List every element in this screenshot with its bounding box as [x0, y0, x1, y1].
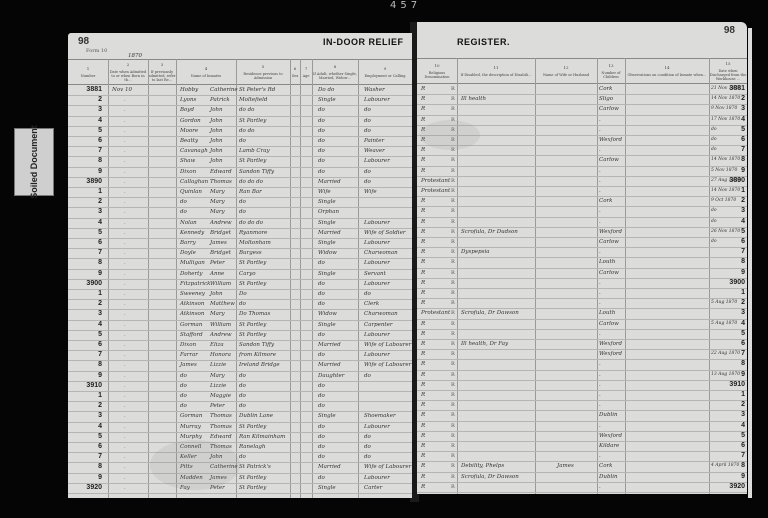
row-number: 3881 — [74, 86, 102, 93]
row-rule — [68, 258, 412, 259]
residence: Burgess — [239, 250, 262, 256]
column-header: 10Religious Denomination — [417, 59, 457, 83]
religion: R — [421, 453, 425, 459]
ditto-mark: R — [451, 484, 455, 490]
parish-observation: Cork — [599, 463, 612, 469]
residence: Ireland Bridge — [239, 362, 280, 368]
inmate-surname: Sweeney — [180, 291, 205, 297]
row-rule — [417, 461, 747, 462]
inmate-surname: do — [180, 403, 187, 409]
employment: Labourer — [364, 352, 390, 358]
row-rule — [68, 483, 412, 484]
ditto-mark: . — [124, 342, 126, 348]
ditto-mark: R — [451, 239, 455, 245]
row-number: 9 — [74, 270, 102, 277]
row-rule — [68, 269, 412, 270]
parish-observation: Wexford — [599, 341, 622, 347]
residence: Moltonham — [239, 240, 271, 246]
row-number: 3910 — [74, 382, 102, 389]
inmate-given-name: Catherine — [210, 87, 238, 93]
ditto-mark: R — [451, 321, 455, 327]
inmate-surname: do — [180, 209, 187, 215]
religion: R — [421, 198, 425, 204]
ditto-mark: . — [124, 148, 126, 154]
residence: do — [239, 199, 246, 205]
column-header: 6Sex — [290, 60, 300, 84]
ditto-mark: R — [451, 280, 455, 286]
employment: Labourer — [364, 158, 390, 164]
ditto-mark: . — [124, 383, 126, 389]
row-rule — [417, 400, 747, 401]
residence: Dublin Lane — [239, 413, 273, 419]
parish-observation: Louth — [599, 259, 615, 265]
religion: R — [421, 392, 425, 398]
ditto-mark: R — [451, 361, 455, 367]
ditto-mark: . — [124, 250, 126, 256]
marital-status: do — [318, 148, 325, 154]
employment: Labourer — [364, 281, 390, 287]
ditto-mark: . — [124, 311, 126, 317]
marital-status: do — [318, 107, 325, 113]
row-number: 6 — [717, 136, 745, 143]
ditto-mark: R — [451, 96, 455, 102]
ditto-mark: R — [451, 433, 455, 439]
row-rule — [68, 401, 412, 402]
residence: do do do — [239, 220, 263, 226]
ditto-mark: . — [124, 169, 126, 175]
parish-observation: . — [599, 382, 601, 388]
row-number: 4 — [717, 116, 745, 123]
marital-status: Single — [318, 97, 336, 103]
religion: R — [421, 229, 425, 235]
parish-observation: . — [599, 208, 601, 214]
parish-observation: . — [599, 147, 601, 153]
residence: St Partley — [239, 485, 266, 491]
column-header: 15Date when Discharged from the Workhous… — [709, 59, 747, 83]
residence: Do Thomas — [239, 311, 270, 317]
parish-observation: Dublin — [599, 474, 618, 480]
employment: do — [364, 434, 371, 440]
marital-status: do — [318, 138, 325, 144]
row-number: 9 — [717, 473, 745, 480]
row-number: 7 — [74, 249, 102, 256]
residence: Moltefield — [239, 97, 267, 103]
column-label: If Disabled, the description of Disabili… — [461, 73, 532, 77]
residence: do — [239, 403, 246, 409]
row-number: 8 — [74, 157, 102, 164]
marital-status: Single — [318, 322, 336, 328]
inmate-given-name: John — [210, 107, 223, 113]
residence: do do do — [239, 179, 263, 185]
column-number: 4 — [205, 67, 208, 71]
parish-observation: . — [599, 423, 601, 429]
ditto-mark: R — [451, 474, 455, 480]
inmate-given-name: Mary — [210, 199, 225, 205]
page-edge — [748, 28, 752, 498]
row-number: 7 — [74, 453, 102, 460]
column-header: 3If previously admitted, refer to last R… — [148, 60, 176, 84]
marital-status: do — [318, 475, 325, 481]
religion: R — [421, 290, 425, 296]
residence: St Partley — [239, 158, 266, 164]
row-number: 9 — [74, 168, 102, 175]
residence: St Partley — [239, 475, 266, 481]
parish-observation: Kildare — [599, 443, 619, 449]
ditto-mark: . — [124, 260, 126, 266]
marital-status: Widow — [318, 311, 337, 317]
ditto-mark: R — [451, 351, 455, 357]
row-number: 4 — [74, 423, 102, 430]
residence: from Kilmore — [239, 352, 276, 358]
column-label: Age — [303, 74, 310, 78]
parish-observation: Carlow — [599, 321, 619, 327]
inmate-surname: Murphy — [180, 434, 202, 440]
residence: do — [239, 138, 246, 144]
parish-observation: Wexford — [599, 137, 622, 143]
column-label: Date when Admitted to or when Born in th… — [108, 70, 148, 82]
ditto-mark: . — [124, 413, 126, 419]
parish-observation: . — [599, 392, 601, 398]
row-rule — [68, 462, 412, 463]
column-header-row: 1Number2Date when Admitted to or when Bo… — [68, 59, 412, 85]
column-label: Residence previous to Admission — [236, 72, 290, 80]
row-number: 3 — [74, 412, 102, 419]
row-number: 8 — [74, 361, 102, 368]
column-number: 7 — [305, 67, 308, 71]
employment: Wife — [364, 189, 377, 195]
ditto-mark: . — [124, 424, 126, 430]
ditto-mark: R — [451, 443, 455, 449]
ditto-mark: . — [124, 179, 126, 185]
row-number: 3890 — [717, 177, 745, 184]
disability: Scrofula, Dr Dawson — [461, 474, 519, 480]
row-rule — [417, 370, 747, 371]
inmate-given-name: Mary — [210, 373, 225, 379]
row-rule — [68, 350, 412, 351]
ditto-mark: R — [451, 290, 455, 296]
film-frame-mark: 457 — [390, 0, 421, 11]
ditto-mark: R — [451, 331, 455, 337]
row-number: 3 — [74, 208, 102, 215]
residence: do — [239, 454, 246, 460]
ditto-mark: R — [451, 188, 455, 194]
residence: Ranelagh — [239, 444, 265, 450]
row-number: 3 — [74, 310, 102, 317]
row-rule — [68, 218, 412, 219]
disability: Ill health, Dr Fay — [461, 341, 508, 347]
row-number: 5 — [74, 127, 102, 134]
row-rule — [417, 329, 747, 330]
ditto-mark: . — [124, 322, 126, 328]
column-header: 11If Disabled, the description of Disabi… — [457, 59, 535, 83]
marital-status: do — [318, 301, 325, 307]
residence: do do — [239, 107, 254, 113]
religion: R — [421, 361, 425, 367]
column-number: 3 — [161, 63, 164, 67]
row-number: 9 — [74, 474, 102, 481]
ditto-mark: R — [451, 463, 455, 469]
row-number: 4 — [74, 219, 102, 226]
row-number: 6 — [717, 442, 745, 449]
residence: Sandon Tiffy — [239, 169, 274, 175]
religion: R — [421, 331, 425, 337]
residence: Ran Bar — [239, 189, 262, 195]
row-rule — [68, 411, 412, 412]
row-number: 2 — [74, 402, 102, 409]
page-number: 98 — [78, 36, 89, 47]
parish-observation: Carlow — [599, 239, 619, 245]
residence: St Patrick's — [239, 464, 271, 470]
column-number: 15 — [725, 62, 730, 66]
row-number: 7 — [74, 351, 102, 358]
residence: St Partley — [239, 424, 266, 430]
parish-observation: . — [599, 372, 601, 378]
row-number: 6 — [74, 443, 102, 450]
religion: R — [421, 351, 425, 357]
inmate-given-name: Eliza — [210, 342, 224, 348]
row-number: 2 — [717, 299, 745, 306]
column-label: Number — [81, 74, 96, 78]
marital-status: do — [318, 352, 325, 358]
row-rule — [417, 390, 747, 391]
column-header: 7Age — [300, 60, 312, 84]
inmate-surname: Gorman — [180, 322, 202, 328]
row-number: 3 — [717, 411, 745, 418]
row-number: 8 — [74, 259, 102, 266]
row-number: 7 — [717, 248, 745, 255]
parish-observation: . — [599, 300, 601, 306]
parish-observation: . — [599, 331, 601, 337]
row-number: 3 — [717, 105, 745, 112]
row-number: 7 — [717, 146, 745, 153]
inmate-given-name: John — [210, 148, 223, 154]
parish-observation: . — [599, 290, 601, 296]
employment: Wife of Labourer — [364, 464, 411, 470]
ditto-mark: . — [124, 199, 126, 205]
ditto-mark: R — [451, 310, 455, 316]
religion: R — [421, 280, 425, 286]
religion: R — [421, 157, 425, 163]
residence: do — [239, 301, 246, 307]
ditto-mark: . — [124, 118, 126, 124]
column-header-row: 10Religious Denomination11If Disabled, t… — [417, 58, 747, 84]
religion: R — [421, 106, 425, 112]
discharge-date: do — [711, 147, 717, 152]
ditto-mark: . — [124, 475, 126, 481]
residence: St Peter's Rd — [239, 87, 275, 93]
marital-status: do — [318, 169, 325, 175]
discharge-date: do — [711, 219, 717, 224]
religion: R — [421, 443, 425, 449]
column-header: 5Residence previous to Admission — [236, 60, 290, 84]
religion: R — [421, 147, 425, 153]
row-rule — [417, 206, 747, 207]
marital-status: do — [318, 281, 325, 287]
row-rule — [68, 228, 412, 229]
inmate-given-name: John — [210, 118, 223, 124]
row-rule — [417, 482, 747, 483]
ditto-mark: R — [451, 178, 455, 184]
column-label: If previously admitted, refer to last Re… — [148, 70, 176, 82]
row-number: 3900 — [74, 280, 102, 287]
ditto-mark: . — [124, 485, 126, 491]
column-label: Name of Wife or Husband — [543, 73, 589, 77]
column-label: Employment or Calling — [365, 74, 406, 78]
row-rule — [417, 339, 747, 340]
residence: do do — [239, 128, 254, 134]
row-number: 1 — [717, 391, 745, 398]
ditto-mark: R — [451, 106, 455, 112]
discharge-date: do — [711, 137, 717, 142]
religion: R — [421, 259, 425, 265]
row-rule — [417, 308, 747, 309]
marital-status: Orphan — [318, 209, 339, 215]
inmate-given-name: John — [210, 128, 223, 134]
inmate-given-name: James — [210, 240, 227, 246]
inmate-surname: Atkinson — [180, 311, 204, 317]
column-label: Number of Children — [597, 71, 625, 79]
parish-observation: . — [599, 178, 601, 184]
inmate-surname: Quinlan — [180, 189, 202, 195]
row-number: 1 — [74, 392, 102, 399]
religion: R — [421, 168, 425, 174]
column-divider — [597, 58, 598, 494]
column-number: 11 — [493, 66, 498, 70]
employment: Servant — [364, 271, 386, 277]
row-rule — [68, 473, 412, 474]
inmate-surname: do — [180, 373, 187, 379]
disability: Dyspepsia — [461, 249, 490, 255]
row-rule — [417, 217, 747, 218]
row-number: 6 — [74, 341, 102, 348]
row-number: 5 — [74, 229, 102, 236]
inmate-surname: Callaghan — [180, 179, 208, 185]
row-rule — [417, 288, 747, 289]
row-number: 2 — [717, 95, 745, 102]
row-rule — [417, 431, 747, 432]
religion: R — [421, 219, 425, 225]
ditto-mark: . — [124, 434, 126, 440]
inmate-given-name: Mary — [210, 311, 225, 317]
employment: do — [364, 454, 371, 460]
inmate-given-name: Peter — [210, 260, 225, 266]
parish-observation: . — [599, 453, 601, 459]
inmate-given-name: Bridget — [210, 230, 231, 236]
row-number: 4 — [717, 320, 745, 327]
ditto-mark: R — [451, 392, 455, 398]
marital-status: Daughter — [318, 373, 344, 379]
row-rule — [417, 359, 747, 360]
row-rule — [417, 115, 747, 116]
column-number: 14 — [664, 66, 669, 70]
ditto-mark: R — [451, 270, 455, 276]
religion: R — [421, 249, 425, 255]
column-label: Religious Denomination — [417, 71, 457, 79]
row-number: 7 — [717, 452, 745, 459]
employment: do — [364, 118, 371, 124]
ditto-mark: R — [451, 86, 455, 92]
marital-status: Married — [318, 342, 341, 348]
inmate-surname: do — [180, 199, 187, 205]
row-number: 4 — [717, 422, 745, 429]
row-rule — [68, 126, 412, 127]
residence: Ran Kilmainham — [239, 434, 285, 440]
row-number: 5 — [717, 330, 745, 337]
marital-status: do — [318, 158, 325, 164]
row-rule — [417, 421, 747, 422]
religion: R — [421, 382, 425, 388]
row-number: 6 — [74, 137, 102, 144]
residence: St Partley — [239, 260, 266, 266]
column-divider — [535, 58, 536, 494]
column-header: 1Number — [68, 60, 108, 84]
inmate-given-name: Lizzie — [210, 383, 226, 389]
row-number: 9 — [717, 167, 745, 174]
employment: Painter — [364, 138, 384, 144]
column-header: 13Number of Children — [597, 59, 625, 83]
inmate-given-name: Lizzie — [210, 362, 226, 368]
row-rule — [417, 227, 747, 228]
inmate-given-name: William — [210, 281, 231, 287]
row-rule — [417, 166, 747, 167]
row-rule — [68, 381, 412, 382]
row-rule — [68, 136, 412, 137]
row-rule — [68, 207, 412, 208]
inmate-surname: Mulligan — [180, 260, 205, 266]
row-number: 1 — [717, 289, 745, 296]
row-rule — [68, 391, 412, 392]
ditto-mark: . — [124, 403, 126, 409]
inmate-given-name: John — [210, 291, 223, 297]
row-rule — [68, 442, 412, 443]
employment: do — [364, 373, 371, 379]
religion: Protestant — [421, 178, 450, 184]
ditto-mark: R — [451, 412, 455, 418]
residence: Do — [239, 291, 247, 297]
row-rule — [68, 432, 412, 433]
column-divider — [709, 58, 710, 494]
column-header: 9Employment or Calling — [358, 60, 412, 84]
parish-observation: Dublin — [599, 412, 618, 418]
row-rule — [68, 146, 412, 147]
marital-status: do — [318, 444, 325, 450]
religion: R — [421, 402, 425, 408]
row-number: 3920 — [717, 483, 745, 490]
marital-status: do — [318, 118, 325, 124]
inmate-surname: Kennedy — [180, 230, 204, 236]
employment: Labourer — [364, 240, 390, 246]
marital-status: Single — [318, 271, 336, 277]
inmate-surname: Nolan — [180, 220, 197, 226]
row-rule — [68, 371, 412, 372]
ditto-mark: . — [124, 444, 126, 450]
discharge-date: do — [711, 127, 717, 132]
inmate-surname: Farrar — [180, 352, 198, 358]
ditto-mark: . — [124, 281, 126, 287]
row-rule — [417, 247, 747, 248]
row-rule — [68, 248, 412, 249]
row-number: 2 — [717, 401, 745, 408]
row-rule — [68, 309, 412, 310]
row-rule — [417, 176, 747, 177]
marital-status: do — [318, 424, 325, 430]
employment: Clerk — [364, 301, 379, 307]
row-number: 1 — [74, 290, 102, 297]
marital-status: Single — [318, 485, 336, 491]
column-label: Observations on condition of Inmate when… — [628, 73, 707, 77]
parish-observation: . — [599, 361, 601, 367]
inmate-surname: Fitzpatrick — [180, 281, 211, 287]
